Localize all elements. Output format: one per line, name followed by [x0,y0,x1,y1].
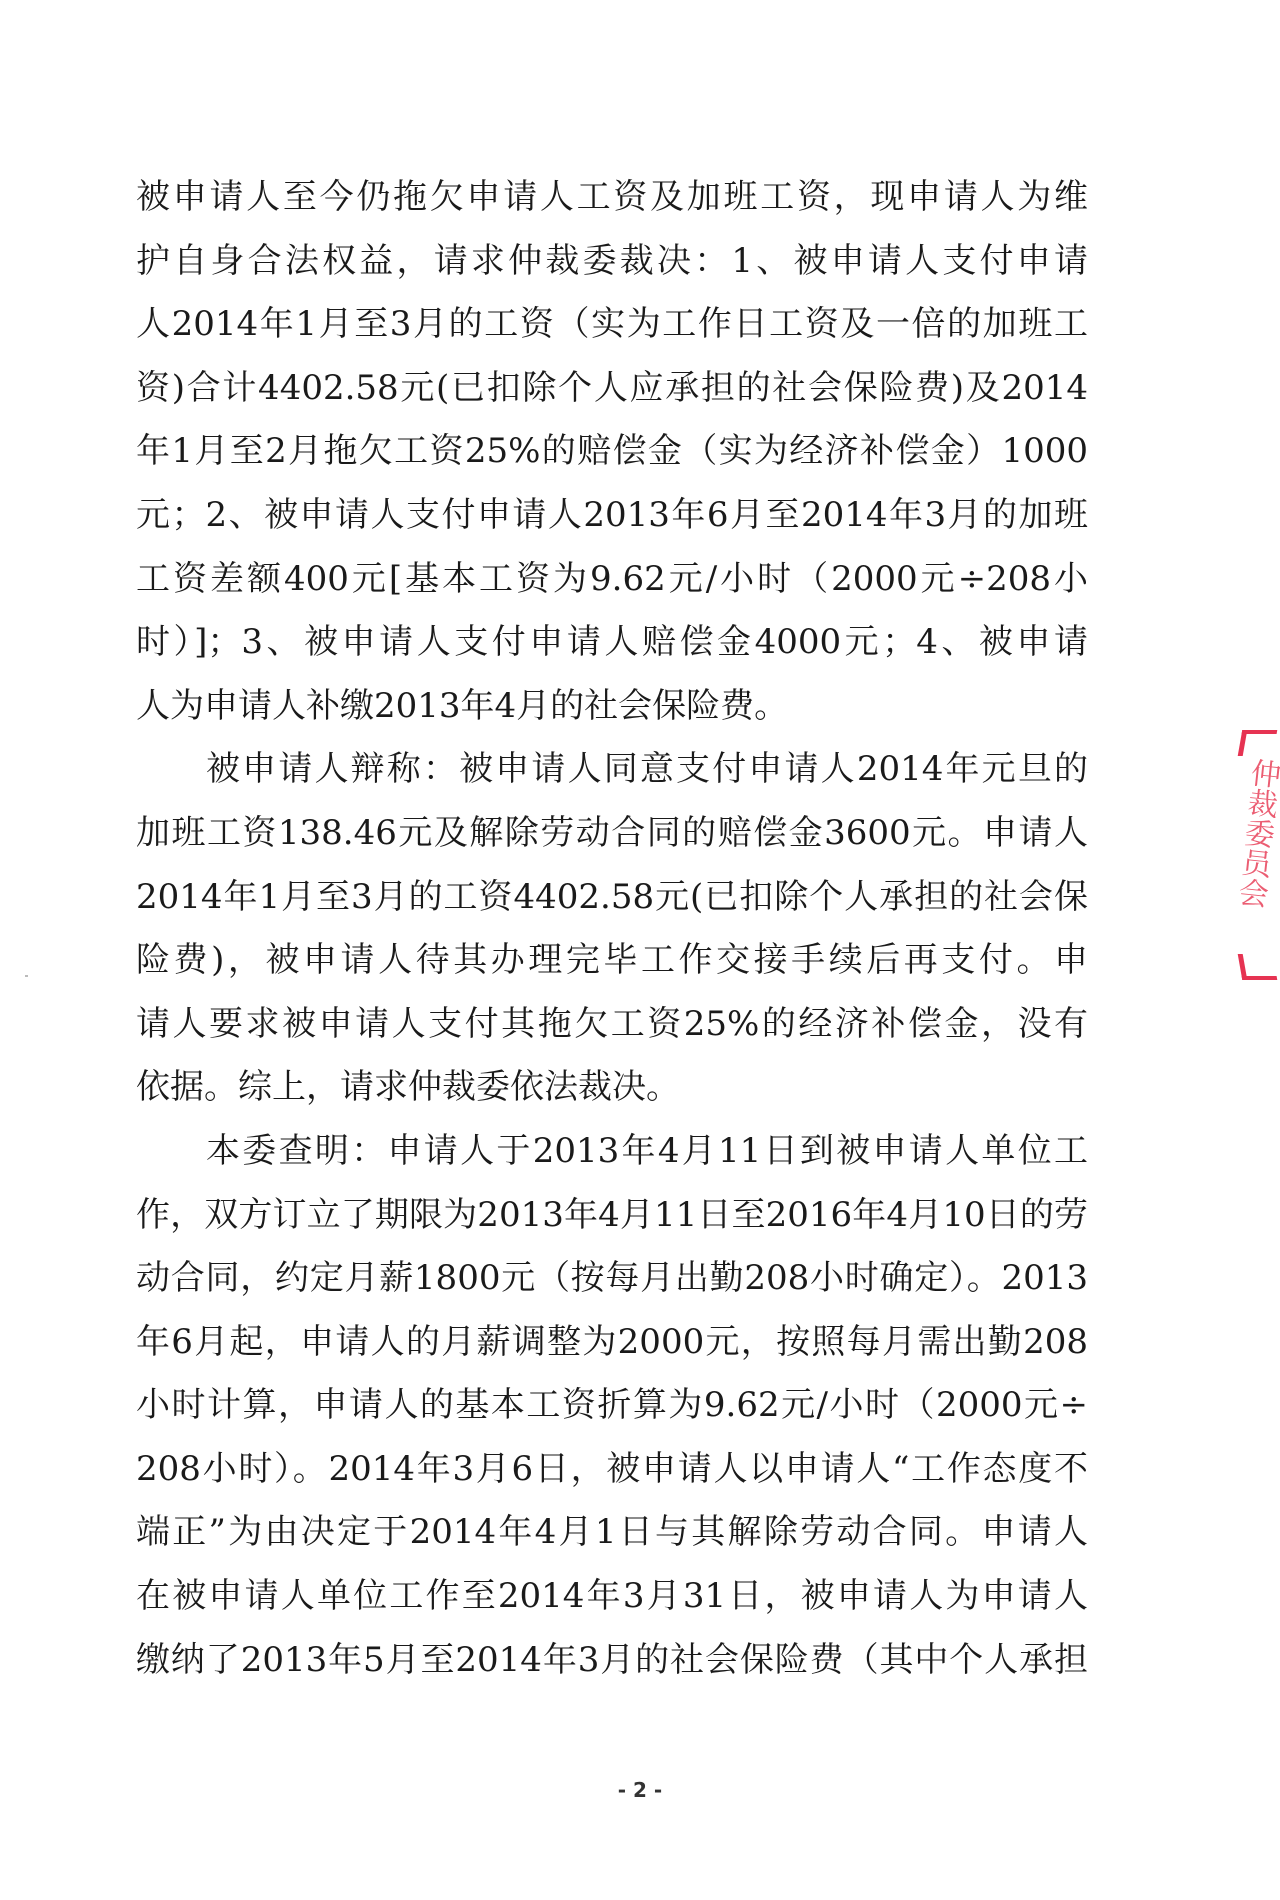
paragraph-start-line: 本委查明：申请人于2013年4月11日到被申请人单位工 [136,1120,1088,1184]
page-number: - 2 - [0,1778,1280,1802]
text-line: 208小时）。2014年3月6日，被申请人以申请人“工作态度不 [136,1438,1088,1502]
text-line: 工资差额400元[基本工资为9.62元/小时（2000元÷208小 [136,548,1088,612]
text-line: 护自身合法权益，请求仲裁委裁决：1、被申请人支付申请 [136,230,1088,294]
text-line: 时）]；3、被申请人支付申请人赔偿金4000元；4、被申请 [136,611,1088,675]
text-line: 险费)，被申请人待其办理完毕工作交接手续后再支付。申 [136,929,1088,993]
text-line: 缴纳了2013年5月至2014年3月的社会保险费（其中个人承担 [136,1629,1088,1693]
text-line: 元；2、被申请人支付申请人2013年6月至2014年3月的加班 [136,484,1088,548]
text-line: 依据。综上，请求仲裁委依法裁决。 [136,1056,1088,1120]
red-seal-stamp: 仲裁委员会 [1232,730,1280,980]
text-line: 请人要求被申请人支付其拖欠工资25%的经济补偿金，没有 [136,993,1088,1057]
seal-bracket-bottom [1238,954,1278,980]
text-line: 端正”为由决定于2014年4月1日与其解除劳动合同。申请人 [136,1501,1088,1565]
text-line: 人为申请人补缴2013年4月的社会保险费。 [136,675,1088,739]
text-line: 被申请人至今仍拖欠申请人工资及加班工资，现申请人为维 [136,166,1088,230]
seal-bracket-top [1238,730,1278,756]
text-line: 作，双方订立了期限为2013年4月11日至2016年4月10日的劳 [136,1184,1088,1248]
text-line: 加班工资138.46元及解除劳动合同的赔偿金3600元。申请人 [136,802,1088,866]
text-line: 在被申请人单位工作至2014年3月31日，被申请人为申请人 [136,1565,1088,1629]
seal-text: 仲裁委员会 [1234,757,1280,910]
text-line: 动合同，约定月薪1800元（按每月出勤208小时确定）。2013 [136,1247,1088,1311]
text-line: 人2014年1月至3月的工资（实为工作日工资及一倍的加班工 [136,293,1088,357]
text-line: 小时计算，申请人的基本工资折算为9.62元/小时（2000元÷ [136,1374,1088,1438]
text-line: 年1月至2月拖欠工资25%的赔偿金（实为经济补偿金）1000 [136,420,1088,484]
text-line: 2014年1月至3月的工资4402.58元(已扣除个人承担的社会保 [136,866,1088,930]
text-line: 年6月起，申请人的月薪调整为2000元，按照每月需出勤208 [136,1311,1088,1375]
document-body: 被申请人至今仍拖欠申请人工资及加班工资，现申请人为维 护自身合法权益，请求仲裁委… [136,166,1088,1692]
text-line: 资)合计4402.58元(已扣除个人应承担的社会保险费)及2014 [136,357,1088,421]
scan-speck [25,975,28,977]
paragraph-start-line: 被申请人辩称：被申请人同意支付申请人2014年元旦的 [136,738,1088,802]
document-page: 被申请人至今仍拖欠申请人工资及加班工资，现申请人为维 护自身合法权益，请求仲裁委… [0,0,1280,1900]
